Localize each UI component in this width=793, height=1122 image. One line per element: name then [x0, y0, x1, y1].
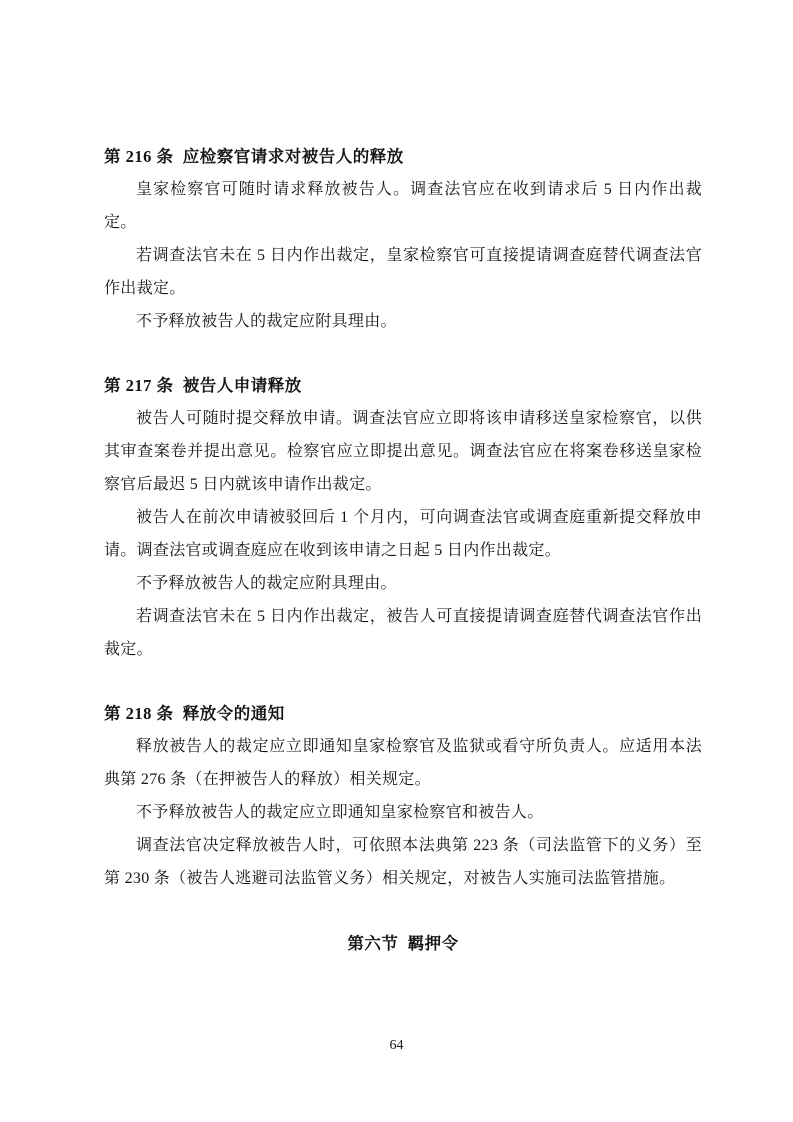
page-number: 64: [390, 1038, 404, 1053]
section-heading: 第六节 羁押令: [104, 927, 702, 960]
paragraph: 释放被告人的裁定应立即通知皇家检察官及监狱或看守所负责人。应适用本法典第 276…: [104, 730, 702, 796]
article-heading: 第 216 条 应检察官请求对被告人的释放: [104, 140, 702, 173]
article-218: 第 218 条 释放令的通知 释放被告人的裁定应立即通知皇家检察官及监狱或看守所…: [104, 697, 702, 895]
paragraph: 不予释放被告人的裁定应立即通知皇家检察官和被告人。: [104, 796, 702, 829]
paragraph: 不予释放被告人的裁定应附具理由。: [104, 305, 702, 338]
document-page: 第 216 条 应检察官请求对被告人的释放 皇家检察官可随时请求释放被告人。调查…: [0, 0, 793, 1122]
paragraph: 若调查法官未在 5 日内作出裁定，皇家检察官可直接提请调查庭替代调查法官作出裁定…: [104, 239, 702, 305]
paragraph: 被告人在前次申请被驳回后 1 个月内，可向调查法官或调查庭重新提交释放申请。调查…: [104, 501, 702, 567]
article-216: 第 216 条 应检察官请求对被告人的释放 皇家检察官可随时请求释放被告人。调查…: [104, 140, 702, 338]
paragraph: 不予释放被告人的裁定应附具理由。: [104, 567, 702, 600]
article-217: 第 217 条 被告人申请释放 被告人可随时提交释放申请。调查法官应立即将该申请…: [104, 369, 702, 666]
paragraph: 若调查法官未在 5 日内作出裁定，被告人可直接提请调查庭替代调查法官作出裁定。: [104, 600, 702, 666]
paragraph: 被告人可随时提交释放申请。调查法官应立即将该申请移送皇家检察官，以供其审查案卷并…: [104, 402, 702, 501]
paragraph: 皇家检察官可随时请求释放被告人。调查法官应在收到请求后 5 日内作出裁定。: [104, 173, 702, 239]
article-heading: 第 218 条 释放令的通知: [104, 697, 702, 730]
document-content: 第 216 条 应检察官请求对被告人的释放 皇家检察官可随时请求释放被告人。调查…: [104, 140, 702, 960]
article-heading: 第 217 条 被告人申请释放: [104, 369, 702, 402]
page-footer: 64: [0, 1036, 793, 1056]
paragraph: 调查法官决定释放被告人时，可依照本法典第 223 条（司法监管下的义务）至第 2…: [104, 829, 702, 895]
